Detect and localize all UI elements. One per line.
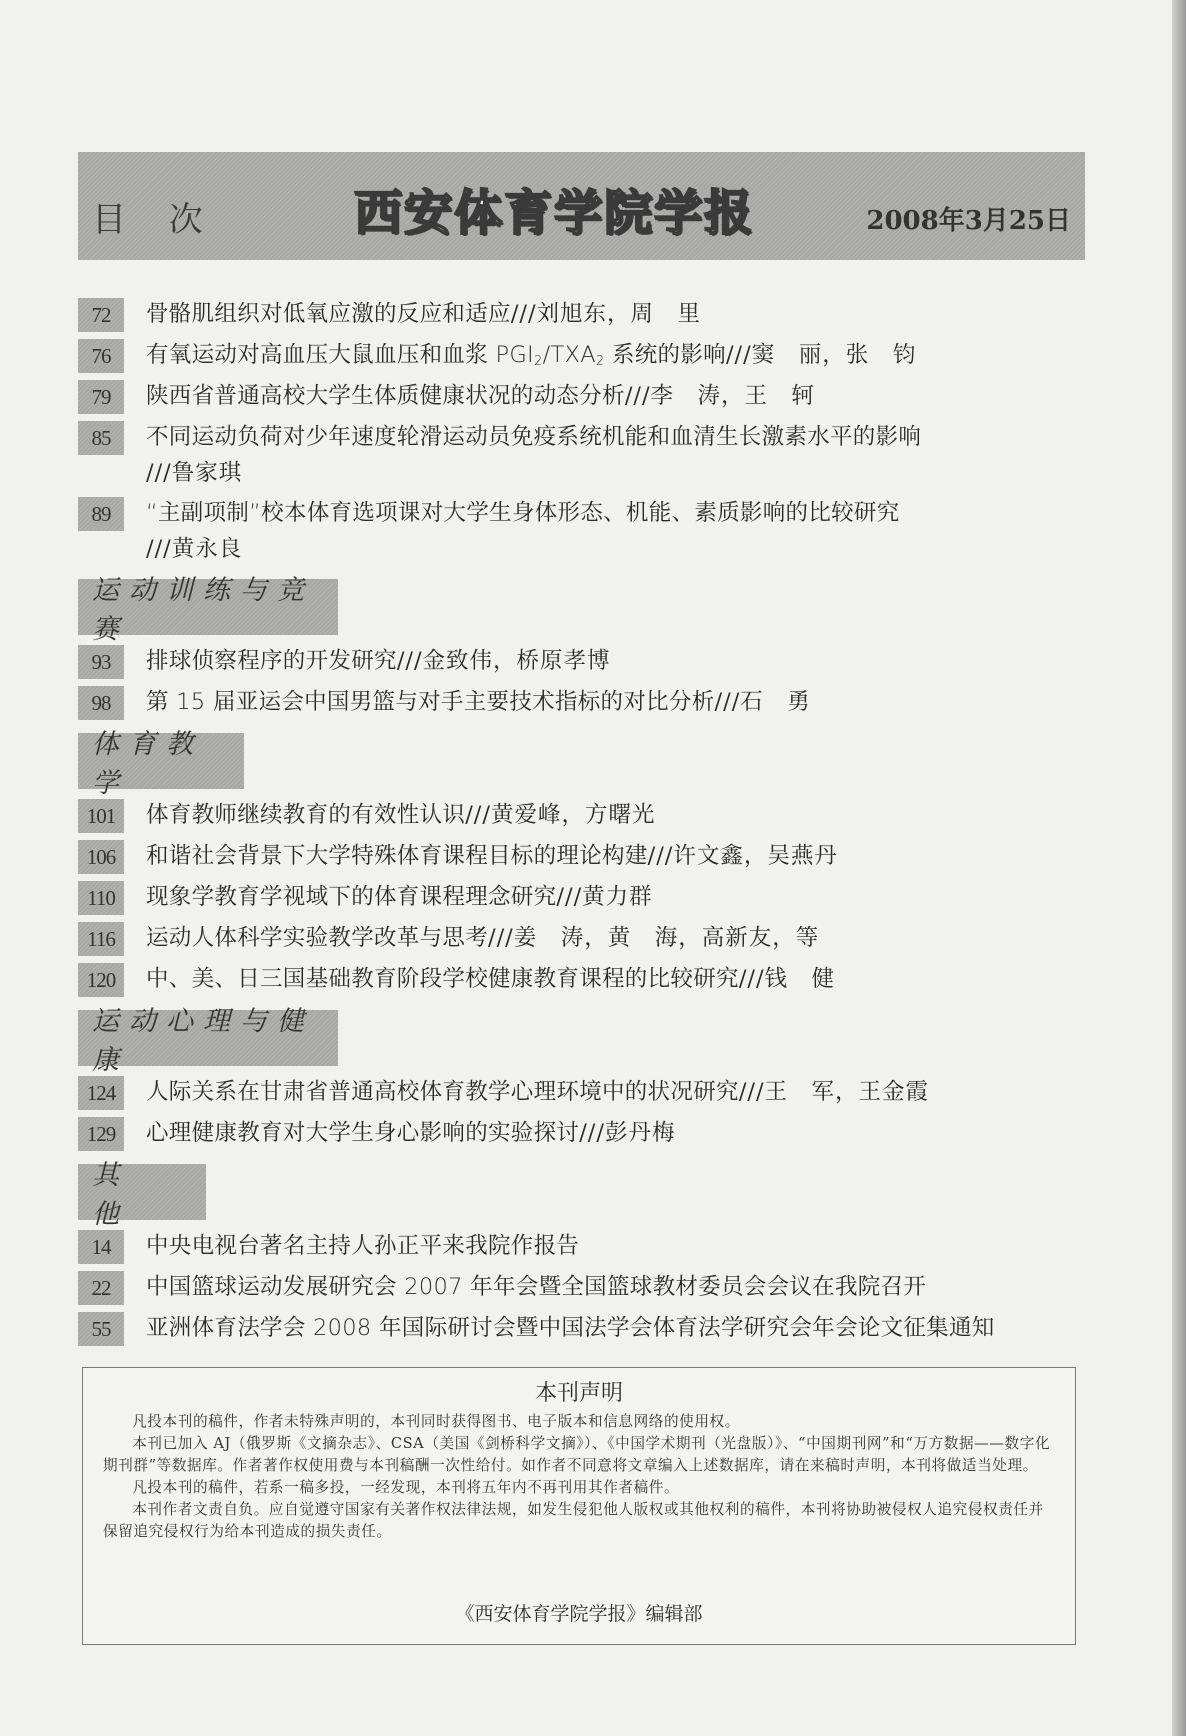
toc-entry[interactable]: 55 亚洲体育法学会 2008 年国际研讨会暨中国法学会体育法学研究会年会论文征… [78, 1310, 1088, 1351]
toc-label: 目 次 [92, 192, 219, 241]
toc-entry[interactable]: 110 现象学教育学视域下的体育课程理念研究///黄力群 [78, 879, 1088, 920]
article-title: 体育教师继续教育的有效性认识///黄爱峰，方曙光 [146, 797, 655, 833]
toc-entry[interactable]: 79 陕西省普通高校大学生体质健康状况的动态分析///李 涛，王 轲 [78, 378, 1088, 419]
article-authors: ///黄永良 [146, 536, 242, 562]
notice-paragraph: 本刊已加入 AJ（俄罗斯《文摘杂志》、CSA（美国《剑桥科学文摘》）、《中国学术… [103, 1433, 1055, 1477]
page-number: 76 [78, 339, 124, 373]
page-number: 72 [78, 298, 124, 332]
article-title: 人际关系在甘肃省普通高校体育教学心理环境中的状况研究///王 军，王金霞 [146, 1074, 929, 1110]
page-number: 120 [78, 963, 124, 997]
notice-paragraph: 凡投本刊的稿件，若系一稿多投，一经发现，本刊将五年内不再刊用其作者稿件。 [103, 1477, 1055, 1499]
page-number: 116 [78, 922, 124, 956]
toc-entry[interactable]: 93 排球侦察程序的开发研究///金致伟，桥原孝博 [78, 643, 1088, 684]
notice-paragraph: 凡投本刊的稿件，作者未特殊声明的，本刊同时获得图书、电子版本和信息网络的使用权。 [103, 1411, 1055, 1433]
article-title: 排球侦察程序的开发研究///金致伟，桥原孝博 [146, 643, 611, 679]
toc-entry[interactable]: 124 人际关系在甘肃省普通高校体育教学心理环境中的状况研究///王 军，王金霞 [78, 1074, 1088, 1115]
toc-entry[interactable]: 129 心理健康教育对大学生身心影响的实验探讨///彭丹梅 [78, 1115, 1088, 1156]
toc-entry[interactable]: 72 骨骼肌组织对低氧应激的反应和适应///刘旭东，周 里 [78, 296, 1088, 337]
toc-entry[interactable]: 14 中央电视台著名主持人孙正平来我院作报告 [78, 1228, 1088, 1269]
section-heading-other: 其 他 [78, 1164, 206, 1220]
article-title: 运动人体科学实验教学改革与思考///姜 涛，黄 海，高新友，等 [146, 920, 819, 956]
journal-notice-box: 本刊声明 凡投本刊的稿件，作者未特殊声明的，本刊同时获得图书、电子版本和信息网络… [82, 1367, 1076, 1645]
article-authors: ///黄力群 [556, 884, 652, 910]
article-title: “主副项制”校本体育选项课对大学生身体形态、机能、素质影响的比较研究///黄永良 [146, 495, 900, 567]
journal-title: 西安体育学院学报 [354, 174, 754, 243]
page-number: 106 [78, 840, 124, 874]
page-number: 101 [78, 799, 124, 833]
article-title: 有氧运动对高血压大鼠血压和血浆 PGI2/TXA2 系统的影响///窦 丽，张 … [146, 337, 916, 380]
toc-entry[interactable]: 76 有氧运动对高血压大鼠血压和血浆 PGI2/TXA2 系统的影响///窦 丽… [78, 337, 1088, 378]
section-heading-psychology-health: 运动心理与健康 [78, 1010, 338, 1066]
article-authors: ///许文鑫，吴燕丹 [648, 843, 838, 869]
article-title: 中央电视台著名主持人孙正平来我院作报告 [146, 1228, 579, 1264]
article-authors: ///石 勇 [715, 689, 811, 715]
toc-entry[interactable]: 22 中国篮球运动发展研究会 2007 年年会暨全国篮球教材委员会会议在我院召开 [78, 1269, 1088, 1310]
article-title: 心理健康教育对大学生身心影响的实验探讨///彭丹梅 [146, 1115, 675, 1151]
page-number: 14 [78, 1230, 124, 1264]
article-title: 亚洲体育法学会 2008 年国际研讨会暨中国法学会体育法学研究会年会论文征集通知 [146, 1310, 995, 1346]
article-authors: ///金致伟，桥原孝博 [397, 648, 611, 674]
article-title: 现象学教育学视域下的体育课程理念研究///黄力群 [146, 879, 653, 915]
issue-date: 2008年3月25日 [866, 200, 1071, 237]
page-number: 85 [78, 421, 124, 455]
article-authors: ///窦 丽，张 钧 [726, 342, 916, 368]
article-authors: ///钱 健 [739, 966, 835, 992]
toc-entry[interactable]: 116 运动人体科学实验教学改革与思考///姜 涛，黄 海，高新友，等 [78, 920, 1088, 961]
page-number: 98 [78, 686, 124, 720]
page-number: 22 [78, 1271, 124, 1305]
article-title: 和谐社会背景下大学特殊体育课程目标的理论构建///许文鑫，吴燕丹 [146, 838, 838, 874]
page-number: 79 [78, 380, 124, 414]
page-number: 124 [78, 1076, 124, 1110]
notice-body: 凡投本刊的稿件，作者未特殊声明的，本刊同时获得图书、电子版本和信息网络的使用权。… [83, 1407, 1075, 1543]
section-heading-training: 运动训练与竞赛 [78, 579, 338, 635]
article-authors: ///黄爱峰，方曙光 [465, 802, 655, 828]
article-title: 中国篮球运动发展研究会 2007 年年会暨全国篮球教材委员会会议在我院召开 [146, 1269, 926, 1305]
toc-entry[interactable]: 101 体育教师继续教育的有效性认识///黄爱峰，方曙光 [78, 797, 1088, 838]
article-authors: ///彭丹梅 [579, 1120, 675, 1146]
toc-entry[interactable]: 98 第 15 届亚运会中国男篮与对手主要技术指标的对比分析///石 勇 [78, 684, 1088, 725]
article-authors: ///李 涛，王 轲 [625, 383, 815, 409]
toc-entry[interactable]: 89 “主副项制”校本体育选项课对大学生身体形态、机能、素质影响的比较研究///… [78, 495, 1088, 571]
article-authors: ///刘旭东，周 里 [511, 301, 701, 327]
header-banner: 目 次 西安体育学院学报 2008年3月25日 [78, 152, 1085, 260]
article-authors: ///姜 涛，黄 海，高新友，等 [488, 925, 819, 951]
page-number: 129 [78, 1117, 124, 1151]
page-number: 110 [78, 881, 124, 915]
page-number: 93 [78, 645, 124, 679]
toc-entry[interactable]: 120 中、美、日三国基础教育阶段学校健康教育课程的比较研究///钱 健 [78, 961, 1088, 1002]
notice-signature: 《西安体育学院学报》编辑部 [83, 1599, 1075, 1626]
article-authors: ///王 军，王金霞 [739, 1079, 929, 1105]
toc-entry[interactable]: 106 和谐社会背景下大学特殊体育课程目标的理论构建///许文鑫，吴燕丹 [78, 838, 1088, 879]
article-title: 中、美、日三国基础教育阶段学校健康教育课程的比较研究///钱 健 [146, 961, 835, 997]
article-title: 陕西省普通高校大学生体质健康状况的动态分析///李 涛，王 轲 [146, 378, 815, 414]
page-number: 89 [78, 497, 124, 531]
article-title: 骨骼肌组织对低氧应激的反应和适应///刘旭东，周 里 [146, 296, 701, 332]
page-edge-shadow [1172, 0, 1186, 1736]
notice-title: 本刊声明 [83, 1376, 1075, 1407]
article-title: 第 15 届亚运会中国男篮与对手主要技术指标的对比分析///石 勇 [146, 684, 811, 720]
toc-entry[interactable]: 85 不同运动负荷对少年速度轮滑运动员免疫系统机能和血清生长激素水平的影响///… [78, 419, 1088, 495]
article-authors: ///鲁家琪 [146, 460, 242, 486]
section-heading-pe-teaching: 体育教学 [78, 733, 244, 789]
table-of-contents: 72 骨骼肌组织对低氧应激的反应和适应///刘旭东，周 里 76 有氧运动对高血… [78, 296, 1088, 1351]
article-title: 不同运动负荷对少年速度轮滑运动员免疫系统机能和血清生长激素水平的影响///鲁家琪 [146, 419, 921, 491]
page-number: 55 [78, 1312, 124, 1346]
notice-paragraph: 本刊作者文责自负。应自觉遵守国家有关著作权法律法规，如发生侵犯他人版权或其他权利… [103, 1499, 1055, 1543]
